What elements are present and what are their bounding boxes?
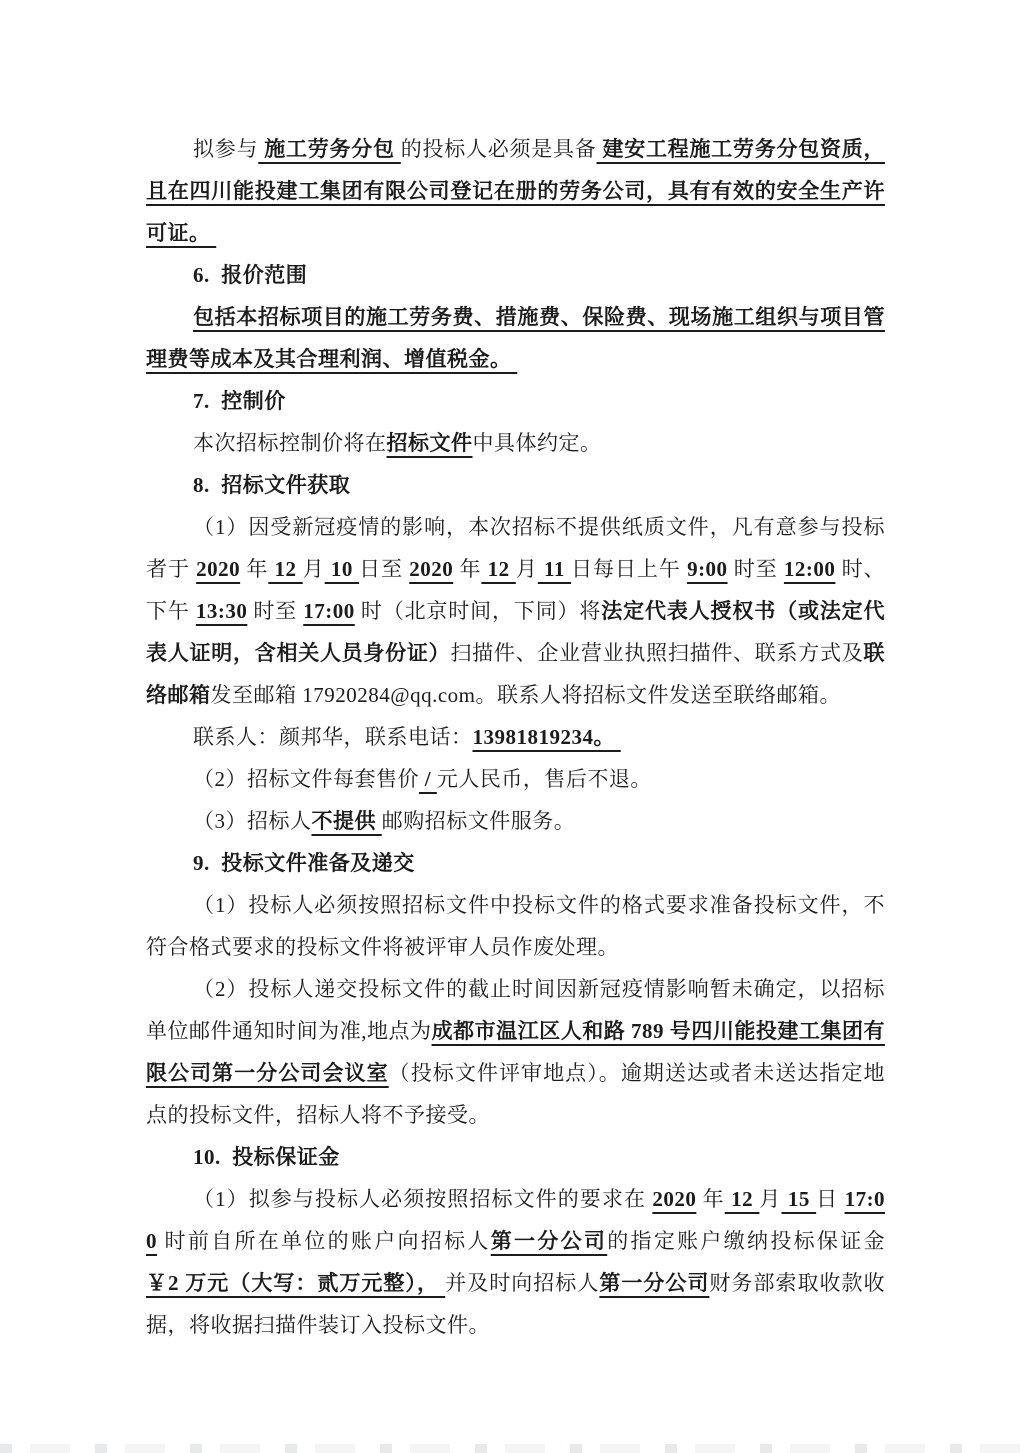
paragraph: （1）因受新冠疫情的影响，本次招标不提供纸质文件，凡有意参与投标者于 2020 … — [146, 506, 885, 716]
text-segment: 邮购招标文件服务。 — [382, 809, 576, 833]
text-segment: 的投标人必须是具备 — [401, 137, 597, 161]
underlined-text: 第一分公司 — [491, 1229, 608, 1253]
paragraph: （2）招标文件每套售价 / 元人民币，售后不退。 — [146, 758, 885, 800]
text-segment: 的指定账户缴纳投标保证金 — [607, 1229, 885, 1253]
text-segment: 扫描件、企业营业执照扫描件、联系方式及 — [450, 641, 863, 665]
document-content: 拟参与 施工劳务分包 的投标人必须是具备 建安工程施工劳务分包资质，且在四川能投… — [146, 128, 885, 1346]
document-page: 拟参与 施工劳务分包 的投标人必须是具备 建安工程施工劳务分包资质，且在四川能投… — [0, 0, 1027, 1453]
text-segment: 本次招标控制价将在 — [193, 431, 387, 455]
text-segment: 时至 — [728, 557, 784, 581]
text-segment: 年 — [696, 1187, 724, 1211]
bold-text: 7. 控制价 — [193, 389, 286, 413]
text-segment: 中具体约定。 — [473, 431, 602, 455]
paragraph: （1）投标人必须按照招标文件中投标文件的格式要求准备投标文件，不符合格式要求的投… — [146, 884, 885, 968]
paragraph: （2）投标人递交投标文件的截止时间因新冠疫情影响暂未确定，以招标单位邮件通知时间… — [146, 968, 885, 1136]
text-segment: 年 — [240, 557, 268, 581]
scan-noise-band — [0, 1444, 1027, 1453]
underlined-text: 15 — [782, 1187, 817, 1211]
underlined-text: 17:00 — [303, 599, 355, 623]
underlined-text: 招标文件 — [387, 431, 473, 455]
text-segment: 发至邮箱 17920284@qq.com。联系人将招标文件发送至联络邮箱。 — [211, 683, 842, 707]
underlined-text: 12:00 — [784, 557, 836, 581]
text-segment: 月 — [759, 1187, 781, 1211]
text-segment: 年 — [453, 557, 481, 581]
text-segment: 时前自所在单位的账户向招标人 — [157, 1229, 491, 1253]
underlined-text: 13:30 — [196, 599, 248, 623]
bold-text: 9. 投标文件准备及递交 — [193, 851, 415, 875]
section-heading: 10. 投标保证金 — [146, 1136, 885, 1178]
bold-text: 8. 招标文件获取 — [193, 473, 350, 497]
text-segment: 日每日上午 — [571, 557, 687, 581]
text-segment: 日 — [816, 1187, 844, 1211]
text-segment: 时（北京时间，下同）将 — [355, 599, 602, 623]
text-segment: （1）拟参与投标人必须按照招标文件的要求在 — [193, 1187, 652, 1211]
underlined-text: 10 — [325, 557, 359, 581]
text-segment: 元人民币，售后不退。 — [437, 767, 652, 791]
underlined-text: 2020 — [652, 1187, 696, 1211]
underlined-text: 12 — [268, 557, 302, 581]
underlined-text: 2020 — [196, 557, 240, 581]
paragraph: 包括本招标项目的施工劳务费、措施费、保险费、现场施工组织与项目管理费等成本及其合… — [146, 296, 885, 380]
text-segment: （1）投标人必须按照招标文件中投标文件的格式要求准备投标文件，不符合格式要求的投… — [146, 893, 885, 959]
text-segment: 日至 — [359, 557, 409, 581]
text-segment: 月 — [303, 557, 325, 581]
section-heading: 6. 报价范围 — [146, 254, 885, 296]
underlined-text: / — [419, 767, 437, 791]
paragraph: 联系人：颜邦华，联系电话：13981819234。 — [146, 716, 885, 758]
underlined-text: 包括本招标项目的施工劳务费、措施费、保险费、现场施工组织与项目管理费等成本及其合… — [146, 305, 885, 371]
text-segment: 时至 — [247, 599, 303, 623]
section-heading: 9. 投标文件准备及递交 — [146, 842, 885, 884]
text-segment: （3）招标人 — [193, 809, 312, 833]
underlined-text: 13981819234。 — [473, 725, 621, 749]
section-heading: 7. 控制价 — [146, 380, 885, 422]
bold-text: 10. 投标保证金 — [193, 1145, 340, 1169]
underlined-text: 12 — [725, 1187, 760, 1211]
underlined-text: 11 — [538, 557, 571, 581]
underlined-text: 12 — [481, 557, 515, 581]
paragraph: （3）招标人不提供 邮购招标文件服务。 — [146, 800, 885, 842]
underlined-text: 9:00 — [687, 557, 728, 581]
paragraph: 拟参与 施工劳务分包 的投标人必须是具备 建安工程施工劳务分包资质，且在四川能投… — [146, 128, 885, 254]
underlined-text: 不提供 — [312, 809, 382, 833]
bold-text: 6. 报价范围 — [193, 263, 307, 287]
underlined-text: 第一分公司 — [599, 1271, 709, 1295]
text-segment: （2）招标文件每套售价 — [193, 767, 419, 791]
text-segment: 并及时向招标人 — [445, 1271, 599, 1295]
paragraph: 本次招标控制价将在招标文件中具体约定。 — [146, 422, 885, 464]
paragraph: （1）拟参与投标人必须按照招标文件的要求在 2020 年 12 月 15 日 1… — [146, 1178, 885, 1346]
text-segment: 拟参与 — [193, 137, 258, 161]
text-segment: 联系人：颜邦华，联系电话： — [193, 725, 473, 749]
section-heading: 8. 招标文件获取 — [146, 464, 885, 506]
underlined-text: 2020 — [409, 557, 453, 581]
underlined-text: 施工劳务分包 — [258, 137, 401, 161]
text-segment: 月 — [516, 557, 538, 581]
underlined-text: ￥2 万元（大写：贰万元整）， — [146, 1271, 445, 1295]
